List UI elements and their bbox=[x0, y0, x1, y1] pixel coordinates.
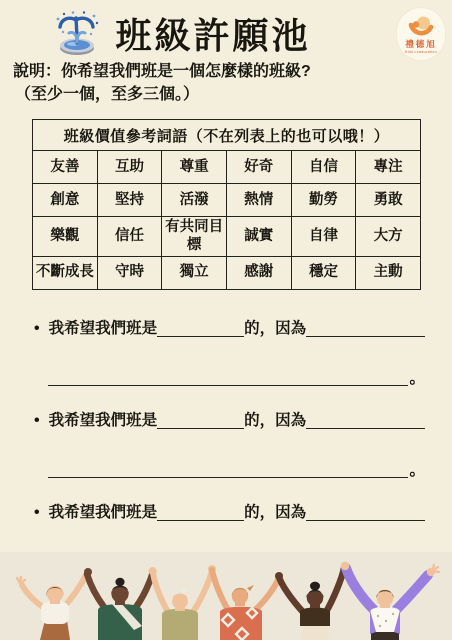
values-table-row: 創意堅持活潑熱情勤勞勇敢 bbox=[33, 184, 421, 217]
instructions-line-1: 說明：你希望我們班是一個怎麼樣的班級? bbox=[13, 60, 440, 83]
person-2 bbox=[84, 568, 153, 640]
wish-period: 。 bbox=[409, 372, 425, 386]
value-word-cell: 主動 bbox=[356, 257, 421, 290]
value-word-cell: 尊重 bbox=[162, 151, 227, 184]
values-table-header: 班級價值參考詞語（不在列表上的也可以哦！） bbox=[33, 120, 421, 151]
wish-line-2: 。 bbox=[34, 368, 425, 386]
person-3 bbox=[149, 565, 217, 640]
values-table-row: 不斷成長守時獨立感謝穩定主動 bbox=[33, 257, 421, 290]
value-word-cell: 大方 bbox=[356, 217, 421, 257]
bullet-dot: • bbox=[34, 504, 40, 522]
value-word-cell: 信任 bbox=[97, 217, 162, 257]
value-word-cell: 勇敢 bbox=[356, 184, 421, 217]
wish-blank-reason-continued[interactable] bbox=[48, 460, 408, 478]
value-word-cell: 堅持 bbox=[97, 184, 162, 217]
wish-blank-reason[interactable] bbox=[306, 411, 425, 429]
instructions-line-2: （至少一個，至多三個。） bbox=[13, 83, 440, 106]
wish-blank-reason[interactable] bbox=[306, 503, 425, 521]
values-table-row: 樂觀信任有共同目標誠實自律大方 bbox=[33, 217, 421, 257]
value-word-cell: 獨立 bbox=[162, 257, 227, 290]
value-word-cell: 穩定 bbox=[291, 257, 356, 290]
wish-middle: 的，因為 bbox=[244, 504, 306, 521]
value-word-cell: 有共同目標 bbox=[162, 217, 227, 257]
wish-period: 。 bbox=[409, 464, 425, 478]
value-word-cell: 守時 bbox=[97, 257, 162, 290]
people-holding-hands-illustration bbox=[0, 552, 452, 640]
wish-line-1: •我希望我們班是的，因為 bbox=[34, 319, 425, 337]
fountain-icon bbox=[51, 10, 103, 56]
wish-prompts: •我希望我們班是的，因為。•我希望我們班是的，因為。•我希望我們班是的，因為。 bbox=[0, 290, 452, 570]
wish-blank-adjective[interactable] bbox=[157, 503, 244, 521]
values-table-row: 友善互助尊重好奇自信專注 bbox=[33, 151, 421, 184]
value-word-cell: 誠實 bbox=[226, 217, 291, 257]
wish-prefix: 我希望我們班是 bbox=[49, 320, 158, 337]
value-word-cell: 活潑 bbox=[162, 184, 227, 217]
value-word-cell: 樂觀 bbox=[33, 217, 98, 257]
value-word-cell: 好奇 bbox=[226, 151, 291, 184]
value-word-cell: 自信 bbox=[291, 151, 356, 184]
wish-blank-reason[interactable] bbox=[306, 319, 425, 337]
value-word-cell: 感謝 bbox=[226, 257, 291, 290]
person-5 bbox=[275, 568, 344, 640]
value-word-cell: 勤勞 bbox=[291, 184, 356, 217]
wish-item: •我希望我們班是的，因為。 bbox=[34, 319, 425, 386]
value-word-cell: 熱情 bbox=[226, 184, 291, 217]
wish-middle: 的，因為 bbox=[244, 320, 306, 337]
wish-line-1: •我希望我們班是的，因為 bbox=[34, 503, 425, 521]
wish-blank-reason-continued[interactable] bbox=[48, 368, 408, 386]
wish-middle: 的，因為 bbox=[244, 412, 306, 429]
value-word-cell: 創意 bbox=[33, 184, 98, 217]
person-4 bbox=[212, 570, 279, 640]
value-word-cell: 專注 bbox=[356, 151, 421, 184]
value-word-cell: 自律 bbox=[291, 217, 356, 257]
brand-name: 禮德旭 bbox=[405, 38, 437, 50]
wish-blank-adjective[interactable] bbox=[157, 319, 244, 337]
brand-subtitle: Kids Leaducation bbox=[405, 50, 437, 54]
person-1 bbox=[17, 575, 86, 640]
worksheet-page: 班級許願池 禮德旭 Kids Leaducation 說明：你希望我們班是一個怎… bbox=[0, 0, 452, 640]
page-header: 班級許願池 bbox=[0, 0, 362, 56]
wish-item: •我希望我們班是的，因為。 bbox=[34, 411, 425, 478]
wish-blank-adjective[interactable] bbox=[157, 411, 244, 429]
page-title: 班級許願池 bbox=[115, 8, 310, 59]
value-word-cell: 不斷成長 bbox=[33, 257, 98, 290]
value-word-cell: 互助 bbox=[97, 151, 162, 184]
instructions: 說明：你希望我們班是一個怎麼樣的班級? （至少一個，至多三個。） bbox=[0, 56, 452, 106]
wish-line-2: 。 bbox=[34, 460, 425, 478]
person-6 bbox=[341, 562, 439, 640]
bullet-dot: • bbox=[34, 412, 40, 430]
brand-logo: 禮德旭 Kids Leaducation bbox=[397, 8, 445, 60]
wish-prefix: 我希望我們班是 bbox=[49, 412, 158, 429]
value-word-cell: 友善 bbox=[33, 151, 98, 184]
bullet-dot: • bbox=[34, 320, 40, 338]
wish-line-1: •我希望我們班是的，因為 bbox=[34, 411, 425, 429]
values-reference-table: 班級價值參考詞語（不在列表上的也可以哦！） 友善互助尊重好奇自信專注創意堅持活潑… bbox=[32, 119, 421, 290]
footer-band bbox=[0, 552, 452, 640]
kids-leaducation-icon bbox=[408, 15, 434, 37]
wish-prefix: 我希望我們班是 bbox=[49, 504, 158, 521]
